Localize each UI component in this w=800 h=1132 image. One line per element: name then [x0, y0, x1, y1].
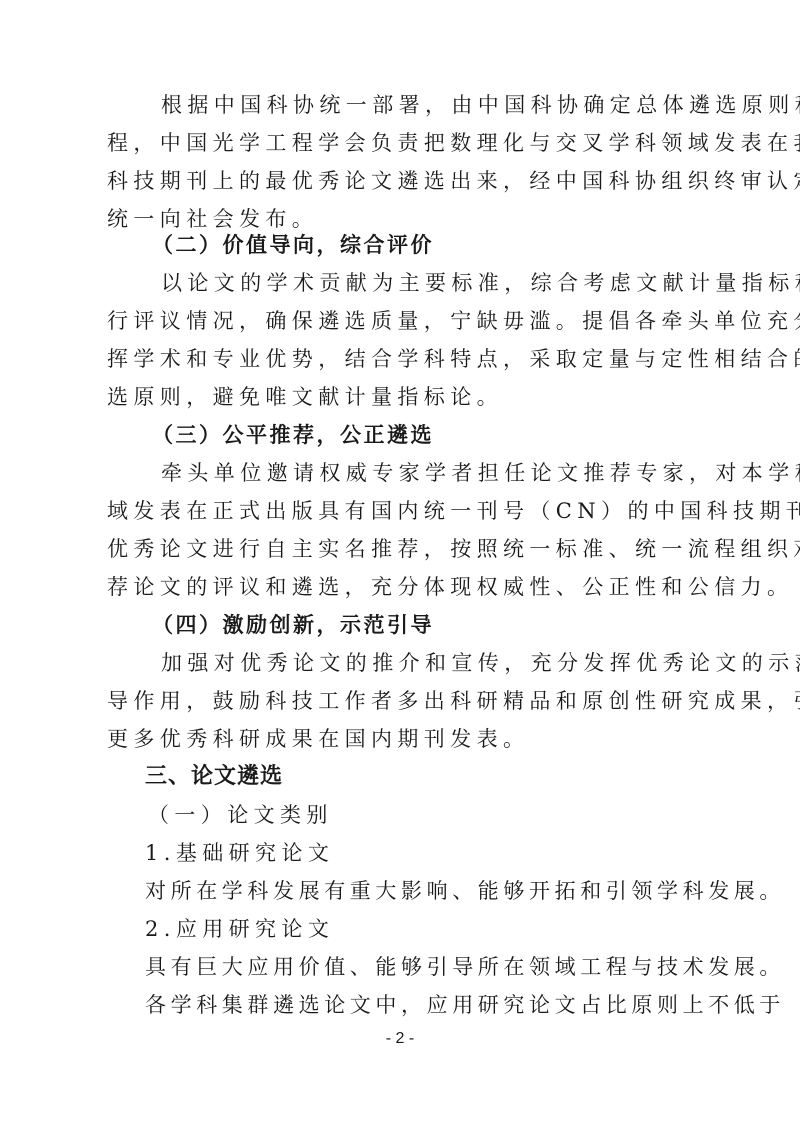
paragraph-line: 程，中国光学工程学会负责把数理化与交叉学科领域发表在我国 — [107, 130, 707, 156]
paragraph-line: 导作用，鼓励科技工作者多出科研精品和原创性研究成果，引导 — [107, 688, 707, 714]
section-heading: （二）价值导向，综合评价 — [152, 232, 752, 258]
chapter-heading: 三、论文遴选 — [145, 764, 745, 790]
page-number: - 2 - — [0, 1030, 800, 1048]
paragraph-line: 加强对优秀论文的推介和宣传，充分发挥优秀论文的示范引 — [161, 650, 761, 676]
paragraph-line: 统一向社会发布。 — [107, 206, 707, 232]
paragraph-line: 对所在学科发展有重大影响、能够开拓和引领学科发展。 — [145, 878, 745, 904]
paragraph-line: 具有巨大应用价值、能够引导所在领域工程与技术发展。 — [145, 954, 745, 980]
document-page: 根据中国科协统一部署，由中国科协确定总体遴选原则和流 程，中国光学工程学会负责把… — [0, 0, 800, 1132]
paragraph-line: 牵头单位邀请权威专家学者担任论文推荐专家，对本学科领 — [161, 460, 761, 486]
paragraph-line: 挥学术和专业优势，结合学科特点，采取定量与定性相结合的遴 — [107, 346, 707, 372]
paragraph-line: 域发表在正式出版具有国内统一刊号（CN）的中国科技期刊上的 — [107, 498, 707, 524]
paragraph-line: 行评议情况，确保遴选质量，宁缺毋滥。提倡各牵头单位充分发 — [107, 308, 707, 334]
paragraph-line: 荐论文的评议和遴选，充分体现权威性、公正性和公信力。 — [107, 574, 707, 600]
section-heading: （四）激励创新，示范引导 — [152, 612, 752, 638]
paragraph-line: 根据中国科协统一部署，由中国科协确定总体遴选原则和流 — [161, 92, 761, 118]
paragraph-line: 优秀论文进行自主实名推荐，按照统一标准、统一流程组织对推 — [107, 536, 707, 562]
item-heading: 2.应用研究论文 — [145, 916, 745, 942]
paragraph-line: 科技期刊上的最优秀论文遴选出来，经中国科协组织终审认定后 — [107, 168, 707, 194]
section-heading: （三）公平推荐，公正遴选 — [152, 422, 752, 448]
paragraph-line: 更多优秀科研成果在国内期刊发表。 — [107, 726, 707, 752]
paragraph-line: 选原则，避免唯文献计量指标论。 — [107, 384, 707, 410]
subsection-heading: （一）论文类别 — [148, 802, 748, 828]
item-heading: 1.基础研究论文 — [145, 840, 745, 866]
paragraph-line: 以论文的学术贡献为主要标准，综合考虑文献计量指标和同 — [161, 270, 761, 296]
paragraph-line: 各学科集群遴选论文中，应用研究论文占比原则上不低于 — [145, 992, 745, 1018]
